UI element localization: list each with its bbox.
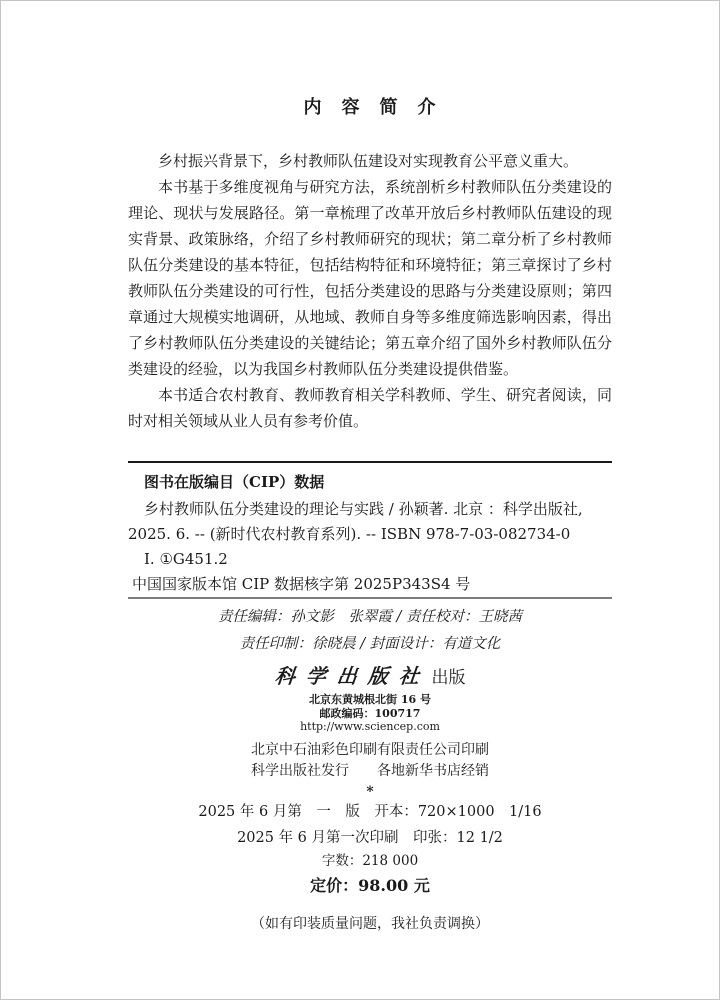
price-line: 定价：98.00 元 (128, 874, 612, 897)
cip-bottom-rule (128, 597, 612, 599)
intro-paragraph-3: 本书适合农村教育、教师教育相关学科教师、学生、研究者阅读，同时对相关领域从业人员… (128, 382, 612, 434)
cip-heading: 图书在版编目（CIP）数据 (128, 472, 612, 493)
page-title: 内 容 简 介 (128, 98, 612, 118)
distribution-line: 科学出版社发行 各地新华书店经销 (128, 761, 612, 782)
cip-top-rule (128, 461, 612, 463)
content-column: 内 容 简 介 乡村振兴背景下，乡村教师队伍建设对实现教育公平意义重大。 本书基… (128, 98, 612, 934)
cip-block: 图书在版编目（CIP）数据 乡村教师队伍分类建设的理论与实践 / 孙颖著. 北京… (128, 472, 612, 597)
intro-paragraph-2: 本书基于多维度视角与研究方法，系统剖析乡村教师队伍分类建设的理论、现状与发展路径… (128, 174, 612, 382)
edition-line: 2025 年 6 月第 一 版 开本：720×1000 1/16 (128, 799, 612, 825)
cip-entry-line2: 2025. 6. -- (新时代农村教育系列). -- ISBN 978-7-0… (128, 522, 612, 547)
cip-classification: Ⅰ. ①G451.2 (128, 547, 612, 572)
cip-record-number: 中国国家版本馆 CIP 数据核字第 2025P343S4 号 (128, 572, 612, 597)
quality-notice: （如有印装质量问题，我社负责调换） (128, 915, 612, 934)
copyright-page: 内 容 简 介 乡村振兴背景下，乡村教师队伍建设对实现教育公平意义重大。 本书基… (0, 0, 720, 1000)
asterisk-divider: * (128, 785, 612, 799)
publisher-logo: 科学出版社出版 (128, 661, 612, 693)
publisher-logo-suffix: 出版 (432, 668, 466, 688)
intro-paragraph-1: 乡村振兴背景下，乡村教师队伍建设对实现教育公平意义重大。 (128, 148, 612, 174)
staff-editors-line: 责任编辑：孙文影 张翠霞 / 责任校对：王晓茜 (128, 604, 612, 631)
word-count-line: 字数：218 000 (128, 851, 612, 872)
colophon: 科学出版社出版 北京东黄城根北街 16 号 邮政编码：100717 http:/… (128, 661, 612, 934)
printer-line: 北京中石油彩色印刷有限责任公司印刷 (128, 740, 612, 761)
intro-section: 乡村振兴背景下，乡村教师队伍建设对实现教育公平意义重大。 本书基于多维度视角与研… (128, 148, 612, 434)
staff-credits: 责任编辑：孙文影 张翠霞 / 责任校对：王晓茜 责任印制：徐晓晨 / 封面设计：… (128, 604, 612, 658)
publisher-website: http://www.sciencep.com (128, 720, 612, 734)
cip-entry-line1: 乡村教师队伍分类建设的理论与实践 / 孙颖著. 北京 ：科学出版社, (128, 497, 612, 522)
publisher-logo-script: 科学出版社 (273, 661, 431, 691)
impression-line: 2025 年 6 月第一次印刷 印张：12 1/2 (128, 825, 612, 851)
staff-print-design-line: 责任印制：徐晓晨 / 封面设计：有道文化 (128, 631, 612, 658)
publisher-address: 北京东黄城根北街 16 号 (128, 693, 612, 707)
publisher-postcode: 邮政编码：100717 (128, 707, 612, 721)
